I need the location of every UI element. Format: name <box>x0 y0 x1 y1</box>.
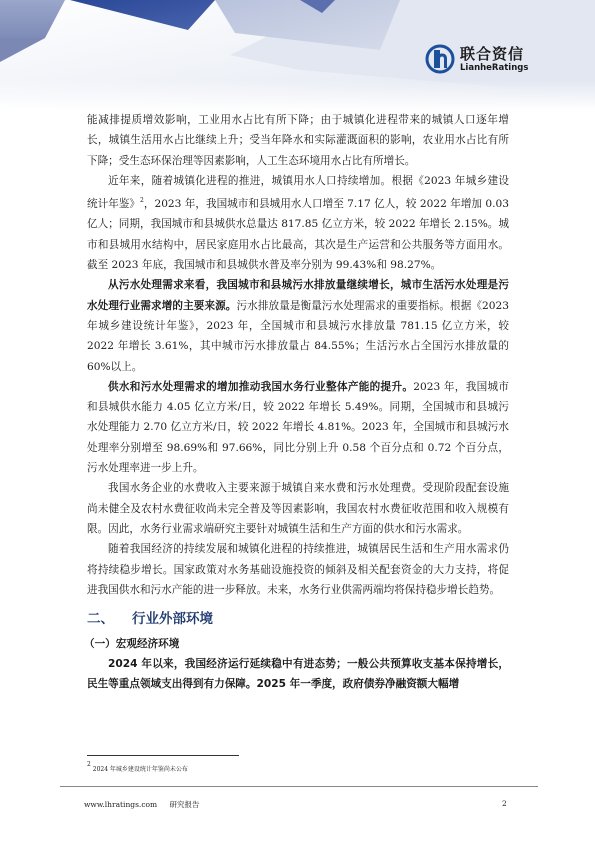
footer-doc-type: 研究报告 <box>170 800 200 809</box>
paragraph-urban-water-population: 近年来，随着城镇化进程的推进，城镇用水人口持续增加。根据《2023 年城乡建设统… <box>87 171 509 275</box>
footer-website-link[interactable]: www.lhratings.com <box>84 800 157 809</box>
paragraph-sewage-demand: 从污水处理需求来看，我国城市和县城污水排放量继续增长，城市生活污水处理是污水处理… <box>87 275 509 376</box>
paragraph-revenue-sources: 我国水务企业的水费收入主要来源于城镇自来水费和污水处理费。受现阶段配套设施尚未健… <box>87 478 509 539</box>
lianhe-logo-icon <box>425 44 455 74</box>
footer-info: www.lhratings.com 研究报告 <box>84 799 200 810</box>
footnote-divider <box>87 755 239 756</box>
brand-name-cn: 联合资信 <box>460 46 528 63</box>
paragraph-water-usage-structure: 能减排提质增效影响，工业用水占比有所下降；由于城镇化进程带来的城镇人口逐年增长，… <box>87 110 509 171</box>
section-title: 行业外部环境 <box>132 606 213 632</box>
paragraph-macro-economy: 2024 年以来，我国经济运行延续稳中有进态势；一般公共预算收支基本保持增长，民… <box>87 654 509 695</box>
brand-name-en: LianheRatings <box>460 63 528 73</box>
header-banner: 联合资信 LianheRatings <box>0 0 595 110</box>
subsection-heading: （一）宏观经济环境 <box>84 634 509 654</box>
page-number: 2 <box>502 799 507 808</box>
paragraph-lead-bold: 供水和污水处理需求的增加推动我国水务行业整体产能的提升。 <box>108 381 413 393</box>
paragraph-outlook: 随着我国经济的持续发展和城镇化进程的持续推进，城镇居民生活和生产用水需求仍将持续… <box>87 539 509 600</box>
footer-divider <box>60 786 538 787</box>
brand-logo: 联合资信 LianheRatings <box>425 44 528 74</box>
footnote: 2 2024 年城乡建设统计年鉴尚未公布 <box>87 761 188 773</box>
footnote-mark: 2 <box>87 761 91 768</box>
footnote-text: 2024 年城乡建设统计年鉴尚未公布 <box>93 766 188 773</box>
paragraph-capacity-growth: 供水和污水处理需求的增加推动我国水务行业整体产能的提升。2023 年，我国城市和… <box>87 377 509 478</box>
document-body: 能减排提质增效影响，工业用水占比有所下降；由于城镇化进程带来的城镇人口逐年增长，… <box>87 110 509 695</box>
paragraph-text: ，2023 年，我国城市和县城用水人口增至 7.17 亿人，较 2022 年增加… <box>87 198 509 271</box>
paragraph-text: 2023 年，我国城市和县城供水能力 4.05 亿立方米/日，较 2022 年增… <box>87 381 509 474</box>
section-heading: 二、 行业外部环境 <box>87 606 509 632</box>
section-number: 二、 <box>87 606 132 632</box>
